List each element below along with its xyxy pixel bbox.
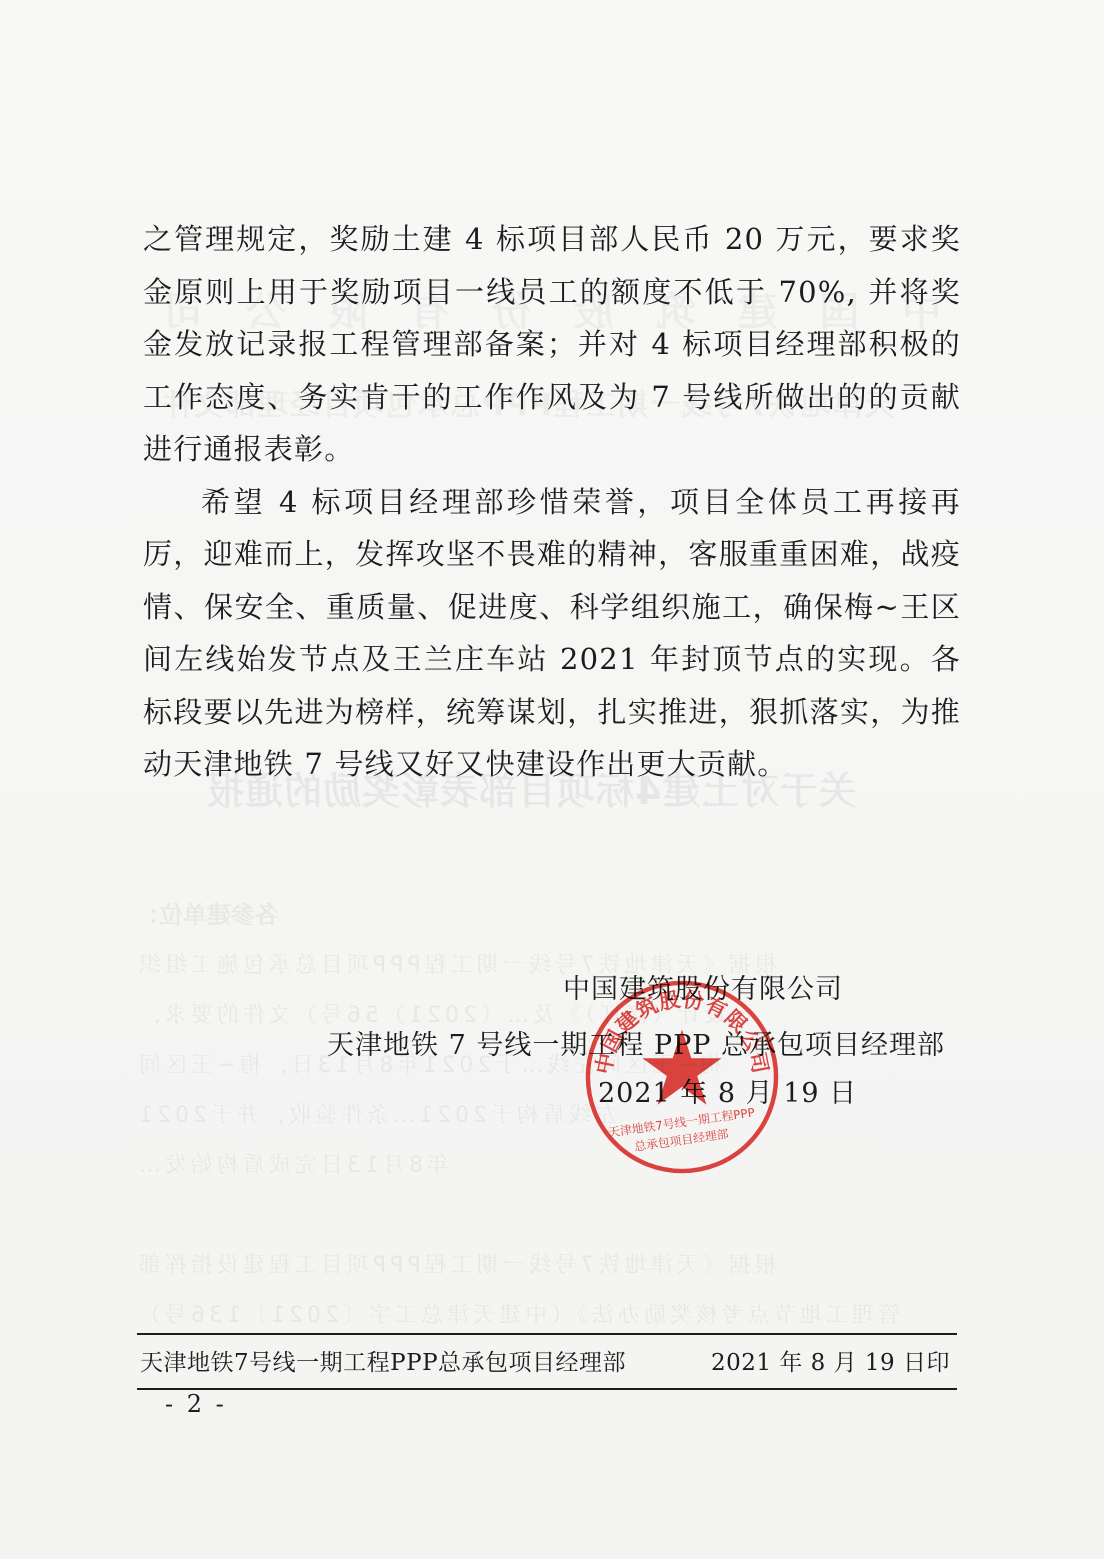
seal-inner-line-2: 总承包项目经理部 (633, 1127, 729, 1154)
signature-date: 2021 年 8 月 19 日 (598, 1071, 857, 1110)
bleed-through-line: 管理工地节点考核奖励办法》（中建天津总工字〔2021〕136号） (135, 1298, 900, 1329)
bleed-through-addressee: 各参建单位： (135, 895, 279, 930)
signature-department: 天津地铁 7 号线一期工程 PPP 总承包项目经理部 (327, 1023, 945, 1062)
document-body: 之管理规定，奖励土建 4 标项目部人民币 20 万元，要求奖金原则上用于奖励项目… (143, 213, 961, 791)
footer-issuer: 天津地铁7号线一期工程PPP总承包项目经理部 (140, 1344, 626, 1377)
page-number: - 2 - (165, 1390, 227, 1418)
body-paragraph-1: 之管理规定，奖励土建 4 标项目部人民币 20 万元，要求奖金原则上用于奖励项目… (143, 213, 961, 476)
footer-top-rule (137, 1333, 957, 1335)
footer-bottom-rule (137, 1388, 957, 1390)
document-page: 中 国 建 筑 股 份 有 限 公 司 天津地铁7号线一期工程PPP总承包项目经… (0, 0, 1104, 1559)
seal-inner-line-1: 天津地铁7号线一期工程PPP (607, 1105, 755, 1139)
body-paragraph-2: 希望 4 标项目经理部珍惜荣誉，项目全体员工再接再厉，迎难而上，发挥攻坚不畏难的… (143, 476, 961, 791)
footer-print-date: 2021 年 8 月 19 日印 (711, 1344, 950, 1377)
bleed-through-line: 年8月13日完成盾构始发… (135, 1148, 449, 1179)
bleed-through-line: 根据《天津地铁7号线一期工程PPP项目工程建设指挥部 (135, 1248, 777, 1279)
signature-company: 中国建筑股份有限公司 (563, 967, 843, 1006)
bleed-through-line: 左线盾构于2021…条件验收，并于2021 (135, 1098, 617, 1129)
